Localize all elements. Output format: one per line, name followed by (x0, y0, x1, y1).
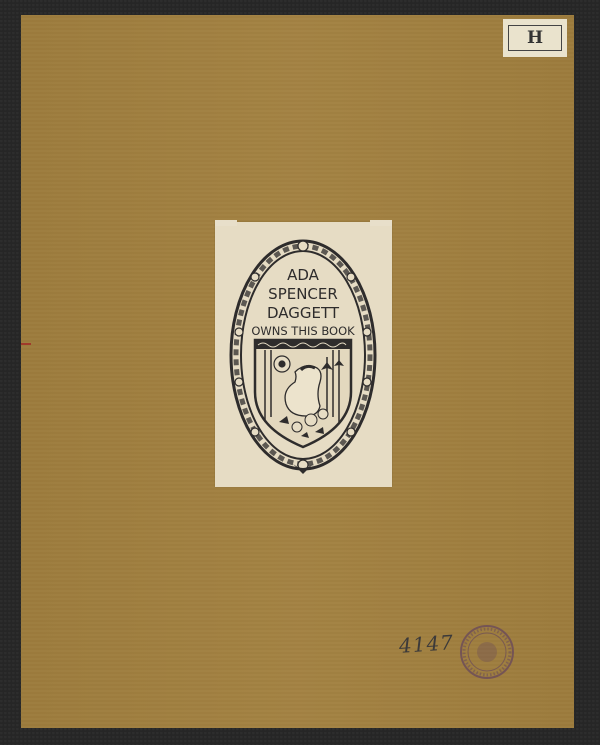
bookplate-line-4: OWNS THIS BOOK (251, 324, 355, 338)
mounting-board: H (21, 15, 574, 728)
bookplate: ADA SPENCER DAGGETT OWNS THIS BOOK (215, 222, 392, 487)
bookplate-illustration: ADA SPENCER DAGGETT OWNS THIS BOOK (215, 222, 392, 487)
bookplate-line-1: ADA (287, 266, 320, 284)
shelfmark-text: H (508, 25, 562, 51)
library-stamp (459, 624, 515, 680)
bookplate-line-3: DAGGETT (267, 304, 340, 322)
bookplate-line-2: SPENCER (268, 285, 338, 303)
shelfmark-label: H (503, 19, 567, 57)
shield-emblem (255, 340, 351, 447)
red-pencil-mark (21, 343, 31, 345)
inventory-number: 4147 (398, 630, 454, 658)
